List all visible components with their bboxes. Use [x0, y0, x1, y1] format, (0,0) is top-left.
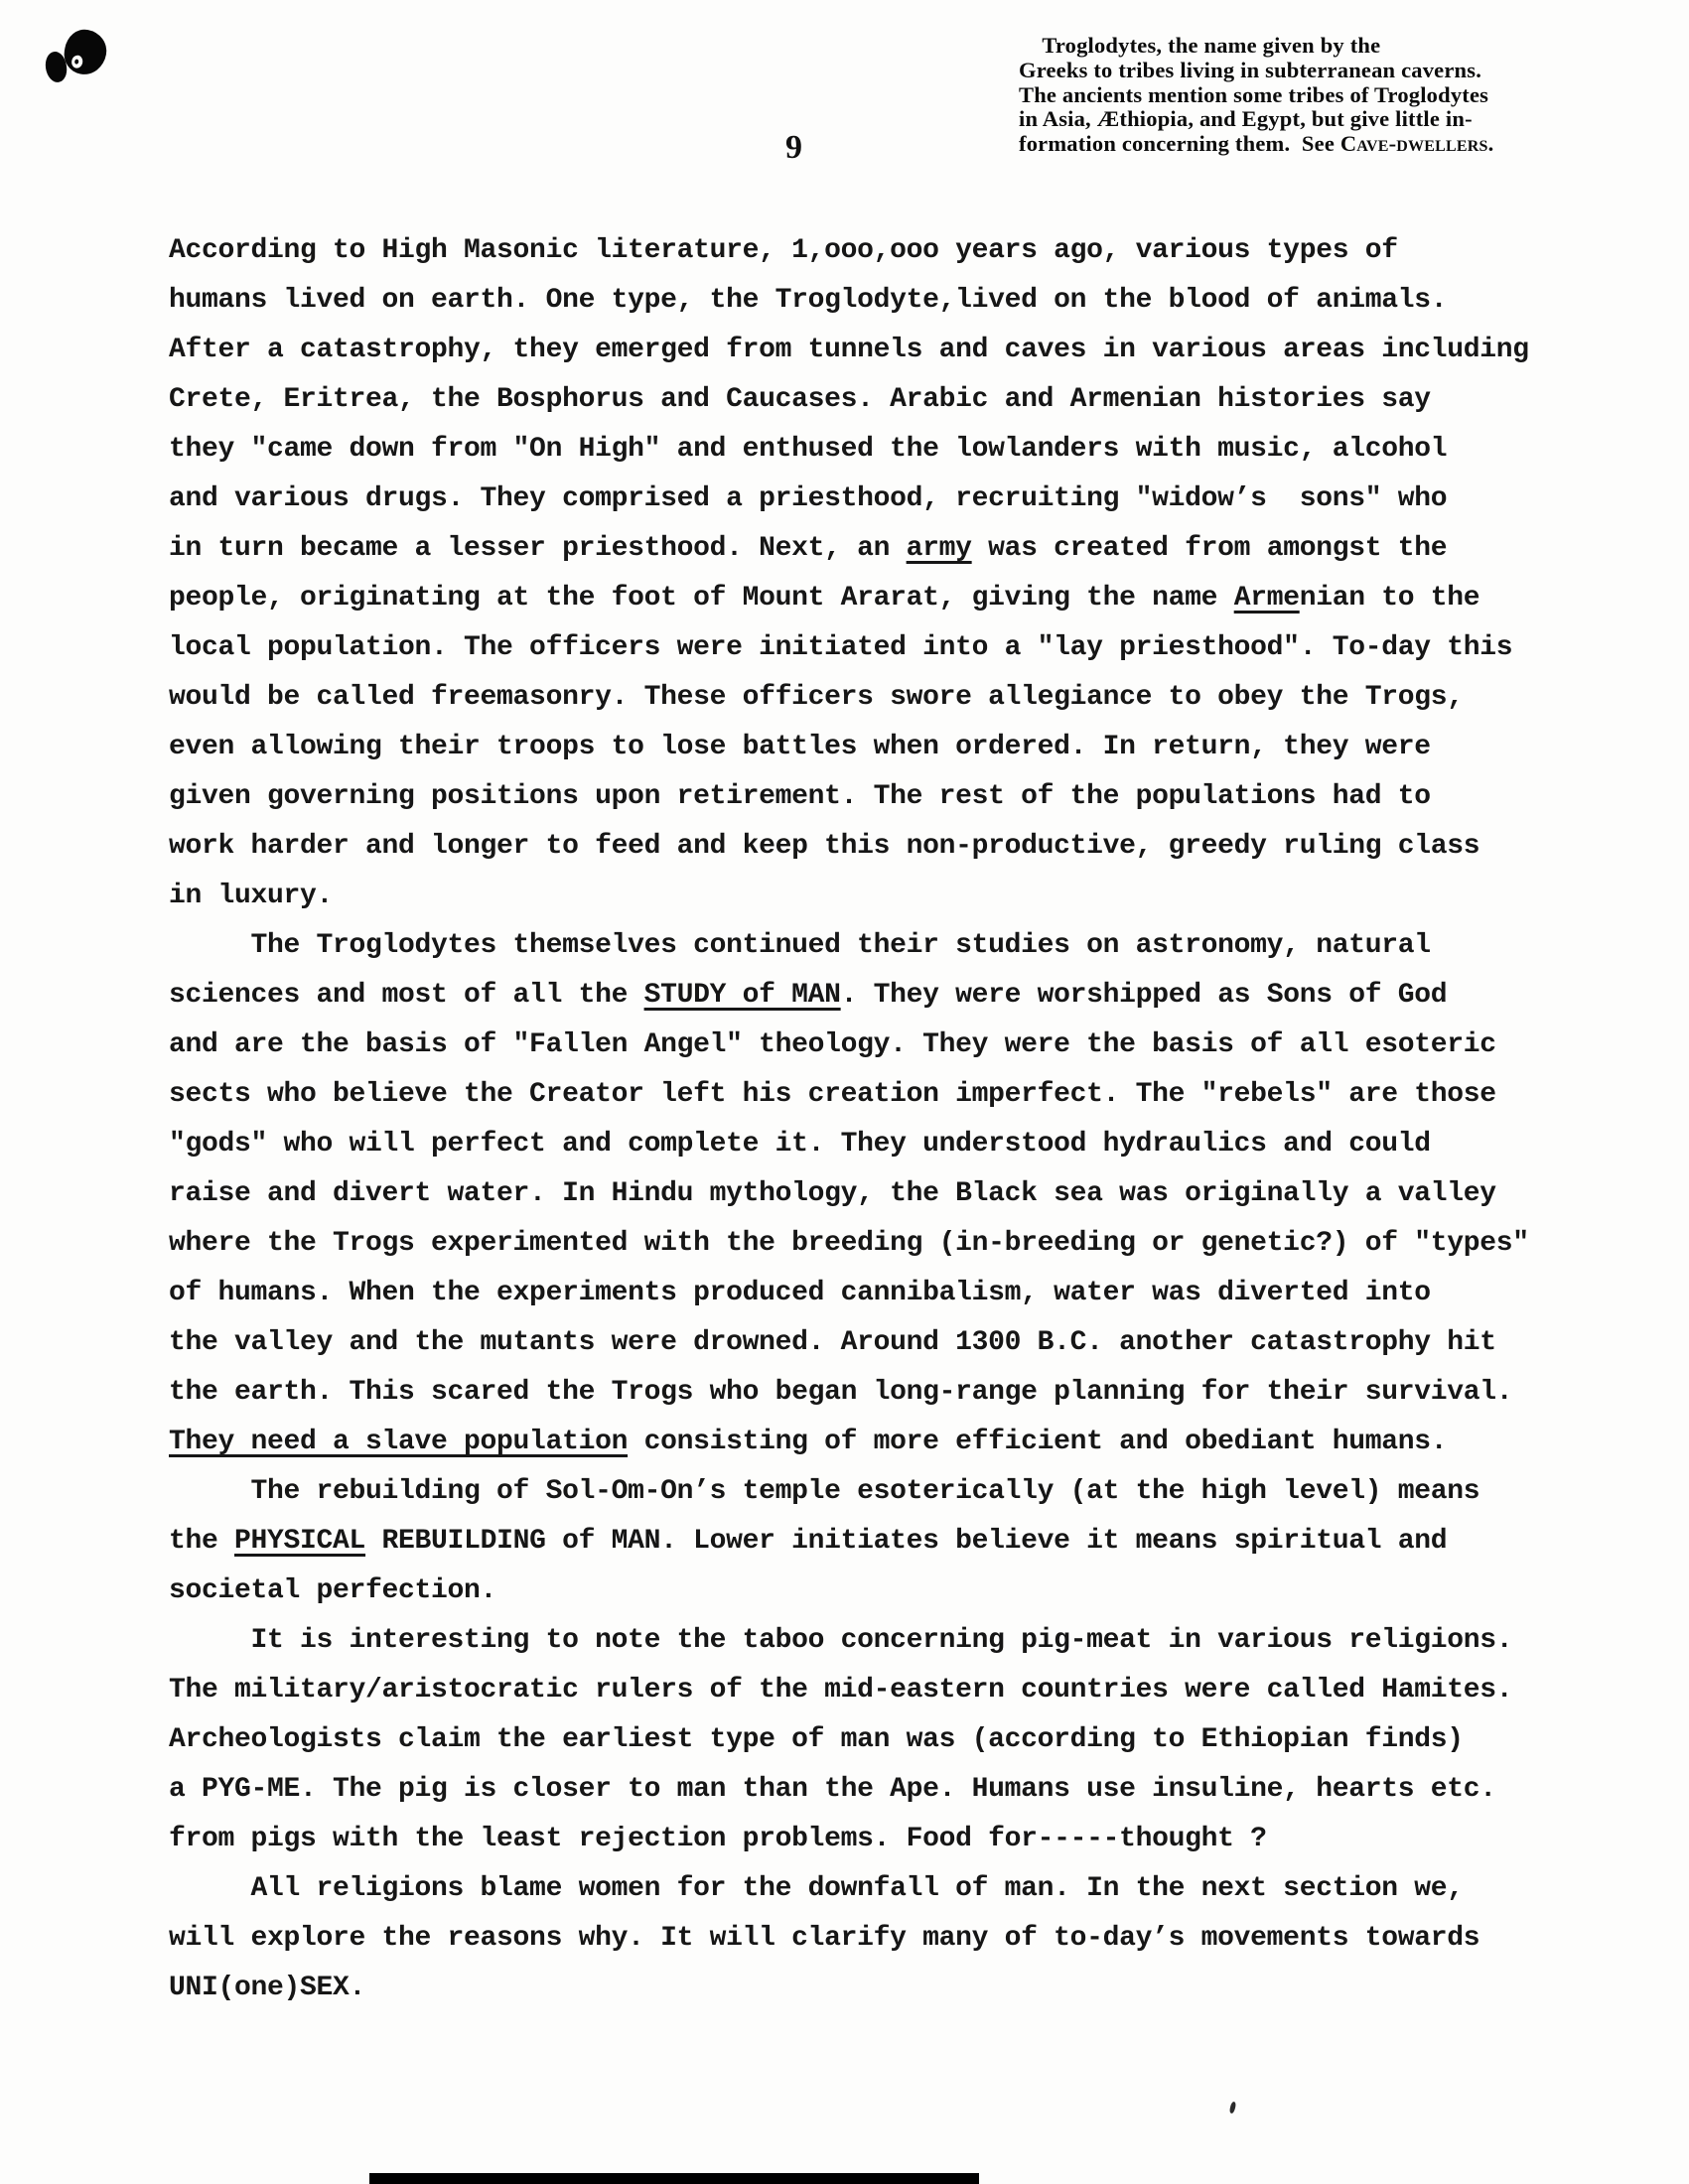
text-segment: sects who believe the Creator left his c… [169, 1079, 1496, 1110]
text-line: local population. The officers were init… [169, 623, 1599, 673]
text-line: All religions blame women for the downfa… [169, 1864, 1599, 1914]
text-segment: they "came down from "On High" and enthu… [169, 434, 1447, 465]
text-segment: "gods" who will perfect and complete it.… [169, 1129, 1431, 1160]
text-line: They need a slave population consisting … [169, 1418, 1599, 1467]
text-segment: Cave-dwellers. [1340, 131, 1494, 156]
text-segment: consisting of more efficient and obedian… [628, 1427, 1447, 1457]
ink-blot-speck [74, 59, 79, 65]
text-segment: given governing positions upon retiremen… [169, 781, 1431, 812]
text-segment: REBUILDING of MAN. Lower initiates belie… [365, 1526, 1447, 1557]
text-line: "gods" who will perfect and complete it.… [169, 1120, 1599, 1169]
text-line: where the Trogs experimented with the br… [169, 1219, 1599, 1269]
text-segment: people, originating at the foot of Mount… [169, 583, 1234, 614]
text-segment: the name given by the [1162, 33, 1380, 58]
text-segment: Troglodytes, [1042, 33, 1162, 58]
text-segment: and various drugs. They comprised a prie… [169, 483, 1447, 514]
encyclopedia-clipping: Troglodytes, the name given by theGreeks… [1019, 34, 1567, 157]
document-body-text: According to High Masonic literature, 1,… [169, 226, 1599, 2013]
text-segment: was created from amongst the [972, 533, 1448, 564]
text-line: and various drugs. They comprised a prie… [169, 475, 1599, 524]
ink-blot-hole [70, 55, 83, 69]
underlined-text: PHYSICAL [234, 1526, 365, 1557]
underlined-text: They need a slave population [169, 1427, 628, 1457]
text-line: The military/aristocratic rulers of the … [169, 1666, 1599, 1715]
text-line: sciences and most of all the STUDY of MA… [169, 971, 1599, 1021]
scan-artifact-mark [1229, 2102, 1237, 2115]
ink-blot-large [61, 27, 109, 78]
text-segment: will explore the reasons why. It will cl… [169, 1923, 1479, 1954]
text-line: Greeks to tribes living in subterranean … [1019, 59, 1567, 83]
text-segment: UNI(one)SEX. [169, 1973, 365, 2003]
text-line: Troglodytes, the name given by the [1019, 34, 1567, 59]
text-line: the earth. This scared the Trogs who beg… [169, 1368, 1599, 1418]
text-segment: in turn became a lesser priesthood. Next… [169, 533, 907, 564]
text-segment: even allowing their troops to lose battl… [169, 732, 1431, 762]
text-line: work harder and longer to feed and keep … [169, 822, 1599, 872]
text-segment: The Troglodytes themselves continued the… [169, 930, 1431, 961]
underlined-text: STUDY of MAN [644, 980, 841, 1011]
text-segment: in Asia, Æthiopia, and Egypt, but give l… [1019, 106, 1473, 131]
text-segment: All religions blame women for the downfa… [169, 1873, 1464, 1904]
text-line: in turn became a lesser priesthood. Next… [169, 524, 1599, 574]
text-line: will explore the reasons why. It will cl… [169, 1914, 1599, 1964]
text-line: The ancients mention some tribes of Trog… [1019, 83, 1567, 108]
text-segment: nian to the [1300, 583, 1480, 614]
text-line: humans lived on earth. One type, the Tro… [169, 276, 1599, 326]
text-segment: The military/aristocratic rulers of the … [169, 1675, 1512, 1706]
text-segment: The ancients mention some tribes of Trog… [1019, 82, 1488, 107]
text-segment: the earth. This scared the Trogs who beg… [169, 1377, 1512, 1408]
text-segment: Crete, Eritrea, the Bosphorus and Caucas… [169, 384, 1431, 415]
text-line: in Asia, Æthiopia, and Egypt, but give l… [1019, 107, 1567, 132]
text-segment: It is interesting to note the taboo conc… [169, 1625, 1512, 1656]
text-line: of humans. When the experiments produced… [169, 1269, 1599, 1318]
text-line: in luxury. [169, 872, 1599, 921]
text-segment: humans lived on earth. One type, the Tro… [169, 285, 1447, 316]
text-line: raise and divert water. In Hindu mytholo… [169, 1169, 1599, 1219]
text-segment: According to High Masonic literature, 1,… [169, 235, 1398, 266]
underlined-text: army [907, 533, 972, 564]
text-segment: Greeks to tribes living in subterranean … [1019, 58, 1481, 82]
text-segment: After a catastrophy, they emerged from t… [169, 335, 1529, 365]
text-line: they "came down from "On High" and enthu… [169, 425, 1599, 475]
text-segment: and are the basis of "Fallen Angel" theo… [169, 1029, 1496, 1060]
text-segment: . They were worshipped as Sons of God [841, 980, 1448, 1011]
text-line: It is interesting to note the taboo conc… [169, 1616, 1599, 1666]
text-segment: of humans. When the experiments produced… [169, 1278, 1431, 1308]
text-line: Crete, Eritrea, the Bosphorus and Caucas… [169, 375, 1599, 425]
text-line: a PYG-ME. The pig is closer to man than … [169, 1765, 1599, 1815]
text-segment: raise and divert water. In Hindu mytholo… [169, 1178, 1496, 1209]
text-segment: formation concerning them. See [1019, 131, 1340, 156]
underlined-text: Arme [1234, 583, 1300, 614]
text-line: UNI(one)SEX. [169, 1964, 1599, 2013]
text-segment: would be called freemasonry. These offic… [169, 682, 1464, 713]
scan-bottom-bar [369, 2173, 979, 2184]
text-line: given governing positions upon retiremen… [169, 772, 1599, 822]
text-segment: local population. The officers were init… [169, 632, 1512, 663]
scanned-page: 9 Troglodytes, the name given by theGree… [0, 0, 1689, 2184]
text-line: the valley and the mutants were drowned.… [169, 1318, 1599, 1368]
text-segment: work harder and longer to feed and keep … [169, 831, 1479, 862]
text-line: formation concerning them. See Cave-dwel… [1019, 132, 1567, 157]
text-line: The Troglodytes themselves continued the… [169, 921, 1599, 971]
text-line: even allowing their troops to lose battl… [169, 723, 1599, 772]
text-line: societal perfection. [169, 1567, 1599, 1616]
page-number: 9 [785, 129, 802, 167]
text-segment: societal perfection. [169, 1575, 496, 1606]
text-segment: where the Trogs experimented with the br… [169, 1228, 1529, 1259]
text-line: After a catastrophy, they emerged from t… [169, 326, 1599, 375]
text-line: According to High Masonic literature, 1,… [169, 226, 1599, 276]
text-segment: The rebuilding of Sol-Om-On’s temple eso… [169, 1476, 1479, 1507]
text-line: people, originating at the foot of Mount… [169, 574, 1599, 623]
text-segment: the [169, 1526, 234, 1557]
text-line: would be called freemasonry. These offic… [169, 673, 1599, 723]
text-segment [1019, 33, 1042, 58]
text-segment: sciences and most of all the [169, 980, 644, 1011]
text-segment: Archeologists claim the earliest type of… [169, 1724, 1464, 1755]
text-line: The rebuilding of Sol-Om-On’s temple eso… [169, 1467, 1599, 1517]
text-segment: the valley and the mutants were drowned.… [169, 1327, 1496, 1358]
text-line: and are the basis of "Fallen Angel" theo… [169, 1021, 1599, 1070]
text-segment: in luxury. [169, 881, 333, 911]
text-line: sects who believe the Creator left his c… [169, 1070, 1599, 1120]
text-segment: a PYG-ME. The pig is closer to man than … [169, 1774, 1496, 1805]
text-line: from pigs with the least rejection probl… [169, 1815, 1599, 1864]
text-line: the PHYSICAL REBUILDING of MAN. Lower in… [169, 1517, 1599, 1567]
text-line: Archeologists claim the earliest type of… [169, 1715, 1599, 1765]
text-segment: from pigs with the least rejection probl… [169, 1824, 1267, 1854]
